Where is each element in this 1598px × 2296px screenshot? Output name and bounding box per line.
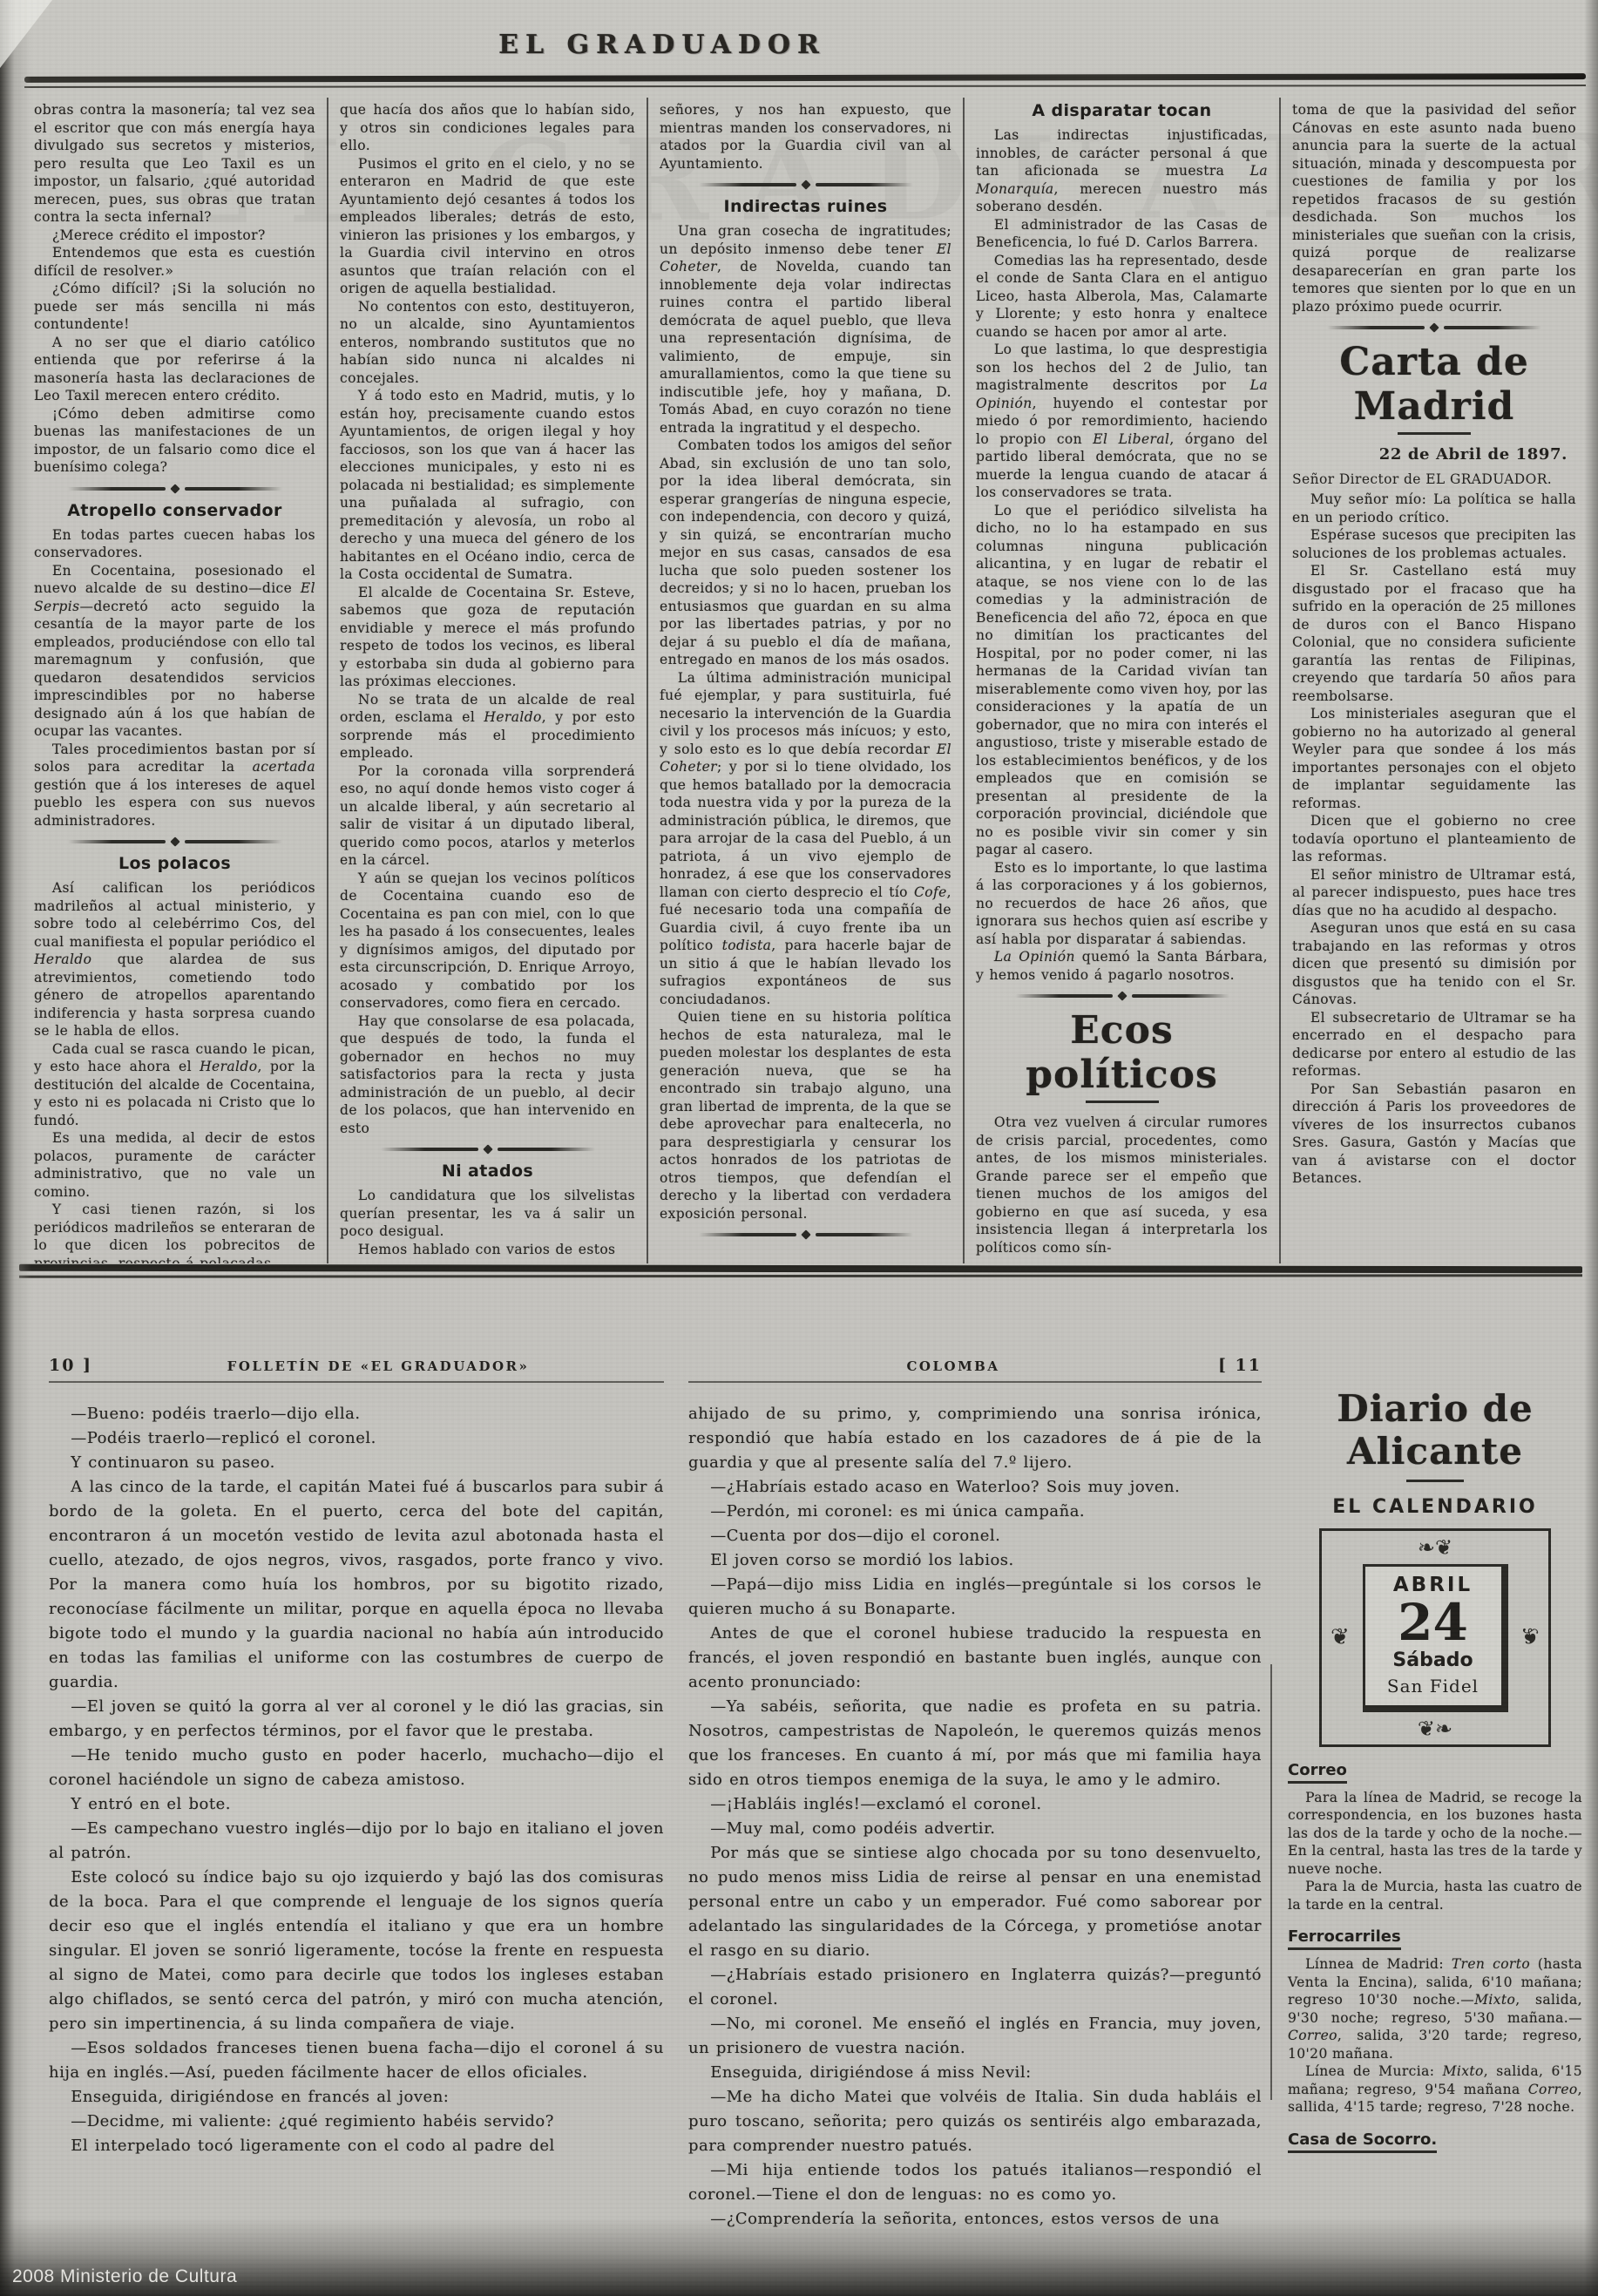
paragraph: —Ya sabéis, señorita, que nadie es profe… bbox=[688, 1695, 1262, 1792]
novel-text: ahijado de su primo, y, comprimiendo una… bbox=[688, 1402, 1262, 2231]
article-body: Una gran cosecha de ingratitudes; un dep… bbox=[660, 222, 951, 1223]
paragraph: Y casi tienen razón, si los periódicos m… bbox=[34, 1201, 315, 1263]
article-continuation: señores, y nos han expuesto, que mientra… bbox=[660, 101, 951, 173]
diario-de-alicante-column: Diario de Alicante EL CALENDARIO ❧❦ ❦ ❦ … bbox=[1281, 1387, 1589, 2154]
paragraph: Para la de Murcia, hasta las cuatro de l… bbox=[1288, 1878, 1582, 1913]
section-title: Ecos políticos bbox=[976, 1008, 1268, 1097]
article-title: A disparatar tocan bbox=[976, 101, 1268, 120]
folletin-title: FOLLETÍN DE «EL GRADUADOR» bbox=[92, 1358, 664, 1374]
title-underline-rule bbox=[1086, 1101, 1159, 1103]
paragraph: La Opinión quemó la Santa Bárbara, y hem… bbox=[976, 948, 1268, 984]
paragraph: —Muy mal, como podéis advertir. bbox=[688, 1817, 1262, 1841]
column-2: que hacía dos años que lo habían sido, y… bbox=[327, 98, 647, 1263]
column-divider-rule bbox=[1270, 1664, 1272, 2100]
paragraph: Lo que el periódico silvelista ha dicho,… bbox=[976, 502, 1268, 859]
diamond-ornament-icon bbox=[1117, 991, 1127, 1000]
article-title: Atropello conservador bbox=[34, 501, 315, 520]
paragraph: A no ser que el diario católico entienda… bbox=[34, 334, 315, 405]
paragraph: Línnea de Madrid: Tren corto (hasta Vent… bbox=[1288, 1955, 1582, 2062]
paragraph: toma de que la pasividad del señor Cánov… bbox=[1292, 101, 1576, 315]
floral-ornament-icon: ❦ bbox=[1331, 1624, 1350, 1650]
title-underline-rule bbox=[1398, 432, 1471, 435]
floral-ornament-icon: ❧❦ bbox=[1329, 1536, 1541, 1559]
section-title: Carta de Madrid bbox=[1292, 340, 1576, 429]
paragraph: ¿Cómo difícil? ¡Si la solución no puede … bbox=[34, 280, 315, 334]
paragraph: Entendemos que esta es cuestión difícil … bbox=[34, 244, 315, 280]
article-continuation: obras contra la masonería; tal vez sea e… bbox=[34, 101, 315, 477]
paragraph: Muy señor mío: La política se halla en u… bbox=[1292, 491, 1576, 526]
paragraph: Enseguida, dirigiéndose á miss Nevil: bbox=[688, 2061, 1262, 2085]
torn-corner bbox=[0, 0, 52, 68]
paragraph: —Esos soldados franceses tienen buena fa… bbox=[49, 2036, 664, 2085]
masthead-double-rule bbox=[24, 75, 1586, 87]
diamond-ornament-icon bbox=[170, 836, 179, 846]
paragraph: Lo que lastima, lo que desprestigia son … bbox=[976, 341, 1268, 502]
paragraph: ahijado de su primo, y, comprimiendo una… bbox=[688, 1402, 1262, 1475]
diamond-ornament-icon bbox=[483, 1144, 492, 1154]
paragraph: Una gran cosecha de ingratitudes; un dep… bbox=[660, 222, 951, 437]
paragraph: Para la línea de Madrid, se recoge la co… bbox=[1288, 1789, 1582, 1879]
paragraph: El joven corso se mordió los labios. bbox=[688, 1548, 1262, 1573]
paragraph: Antes de que el coronel hubiese traducid… bbox=[688, 1622, 1262, 1695]
paragraph: Este colocó su índice bajo su ojo izquie… bbox=[49, 1866, 664, 2036]
paragraph: A las cinco de la tarde, el capitán Mate… bbox=[49, 1475, 664, 1695]
archive-watermark: 2008 Ministerio de Cultura bbox=[12, 2266, 237, 2287]
paragraph: Así califican los periódicos madrileños … bbox=[34, 879, 315, 1040]
calendar-day-number: 24 bbox=[1365, 1596, 1501, 1649]
rule-thick bbox=[19, 1264, 1582, 1274]
page-number: 10 ] bbox=[49, 1356, 92, 1375]
calendar-section-title: EL CALENDARIO bbox=[1288, 1496, 1582, 1518]
paragraph: —Papá—dijo miss Lidia en inglés—pregúnta… bbox=[688, 1573, 1262, 1622]
article-title: Indirectas ruines bbox=[660, 197, 951, 216]
folletin-header: 10 ] FOLLETÍN DE «EL GRADUADOR» bbox=[49, 1356, 664, 1383]
paragraph: Por la coronada villa sorprenderá eso, n… bbox=[340, 762, 635, 870]
paragraph: Las indirectas injustificadas, innobles,… bbox=[976, 126, 1268, 216]
paragraph: obras contra la masonería; tal vez sea e… bbox=[34, 101, 315, 227]
calendar-weekday: Sábado bbox=[1365, 1649, 1501, 1671]
rule-thick bbox=[24, 73, 1586, 83]
paragraph: Quien tiene en su historia política hech… bbox=[660, 1008, 951, 1223]
article-separator-ornament bbox=[679, 1231, 932, 1238]
article-separator-ornament bbox=[995, 992, 1249, 999]
article-body: Así califican los periódicos madrileños … bbox=[34, 879, 315, 1263]
novel-text: —Bueno: podéis traerlo—dijo ella.—Podéis… bbox=[49, 1402, 664, 2158]
subsection-title: Ferrocarriles bbox=[1288, 1927, 1401, 1950]
paragraph: —¿Habríais estado prisionero en Inglater… bbox=[688, 1963, 1262, 2012]
letter-salutation: Señor Director de EL GRADUADOR. bbox=[1292, 471, 1576, 489]
section-divider-heavy-rule bbox=[19, 1265, 1582, 1277]
paragraph: Otra vez vuelven á circular rumores de c… bbox=[976, 1114, 1268, 1256]
article-separator-ornament bbox=[359, 1146, 616, 1153]
paragraph: que hacía dos años que lo habían sido, y… bbox=[340, 101, 635, 155]
paragraph: Aseguran unos que está en su casa trabaj… bbox=[1292, 919, 1576, 1009]
diamond-ornament-icon bbox=[801, 1229, 810, 1239]
article-separator-ornament bbox=[53, 485, 296, 492]
paragraph: Hemos hablado con varios de estos bbox=[340, 1241, 635, 1259]
paragraph: Por San Sebastián pasaron en dirección á… bbox=[1292, 1080, 1576, 1188]
article-body: En todas partes cuecen habas los conserv… bbox=[34, 526, 315, 830]
page-number: [ 11 bbox=[1218, 1356, 1262, 1375]
column-4: A disparatar tocan Las indirectas injust… bbox=[963, 98, 1279, 1263]
paragraph: El interpelado tocó ligeramente con el c… bbox=[49, 2134, 664, 2158]
paragraph: Cada cual se rasca cuando le pican, y es… bbox=[34, 1040, 315, 1130]
column-5: toma de que la pasividad del señor Cánov… bbox=[1279, 98, 1588, 1263]
paragraph: Hay que consolarse de esa polacada, que … bbox=[340, 1013, 635, 1138]
paragraph: —¡Habláis inglés!—exclamó el coronel. bbox=[688, 1792, 1262, 1817]
paragraph: —He tenido mucho gusto en poder hacerlo,… bbox=[49, 1744, 664, 1792]
paragraph: —No, mi coronel. Me enseñó el inglés en … bbox=[688, 2012, 1262, 2061]
newspaper-masthead-title: EL GRADUADOR bbox=[0, 30, 1324, 60]
paragraph: —Cuenta por dos—dijo el coronel. bbox=[688, 1524, 1262, 1548]
calendar-saint-of-day: San Fidel bbox=[1365, 1676, 1501, 1697]
paragraph: ¡Cómo deben admitirse como buenas las ma… bbox=[34, 405, 315, 477]
paragraph: Y entró en el bote. bbox=[49, 1792, 664, 1817]
paragraph: Combaten todos los amigos del señor Abad… bbox=[660, 437, 951, 669]
article-body: Las indirectas injustificadas, innobles,… bbox=[976, 126, 1268, 984]
paragraph: ¿Merece crédito el impostor? bbox=[34, 227, 315, 245]
paragraph: Pusimos el grito en el cielo, y no se en… bbox=[340, 155, 635, 298]
floral-ornament-icon: ❦❧ bbox=[1329, 1717, 1541, 1740]
paragraph: El Sr. Castellano está muy disgustado po… bbox=[1292, 562, 1576, 705]
subsection-body: Para la línea de Madrid, se recoge la co… bbox=[1288, 1789, 1582, 1914]
paragraph: El administrador de las Casas de Benefic… bbox=[976, 216, 1268, 252]
diamond-ornament-icon bbox=[1429, 322, 1439, 332]
paragraph: —Es campechano vuestro inglés—dijo por l… bbox=[49, 1817, 664, 1866]
paragraph: El subsecretario de Ultramar se ha encer… bbox=[1292, 1009, 1576, 1080]
column-3: señores, y nos han expuesto, que mientra… bbox=[647, 98, 963, 1263]
article-separator-ornament bbox=[1311, 324, 1557, 331]
paragraph: Dicen que el gobierno no cree todavía op… bbox=[1292, 812, 1576, 866]
paragraph: Esto es lo importante, lo que lastima á … bbox=[976, 859, 1268, 949]
paragraph: Por más que se sintiese algo chocada por… bbox=[688, 1841, 1262, 1963]
paragraph: —Podéis traerlo—replicó el coronel. bbox=[49, 1426, 664, 1451]
paragraph: Y aún se quejan los vecinos políticos de… bbox=[340, 870, 635, 1013]
paragraph: —¿Habríais estado acaso en Waterloo? Soi… bbox=[688, 1475, 1262, 1500]
novel-title: COLOMBA bbox=[688, 1358, 1218, 1374]
paragraph: En todas partes cuecen habas los conserv… bbox=[34, 526, 315, 562]
paragraph: No contentos con esto, destituyeron, no … bbox=[340, 298, 635, 388]
folletin-header: COLOMBA [ 11 bbox=[688, 1356, 1262, 1383]
paragraph: Es una medida, al decir de estos polacos… bbox=[34, 1129, 315, 1201]
paragraph: señores, y nos han expuesto, que mientra… bbox=[660, 101, 951, 173]
paragraph: Espérase sucesos que precipiten las solu… bbox=[1292, 526, 1576, 562]
column-1: obras contra la masonería; tal vez sea e… bbox=[23, 98, 327, 1263]
paragraph: —Bueno: podéis traerlo—dijo ella. bbox=[49, 1402, 664, 1426]
rule-thin bbox=[19, 1274, 1582, 1278]
calendar-box: ❧❦ ❦ ❦ ABRIL 24 Sábado San Fidel ❦❧ bbox=[1319, 1528, 1551, 1747]
page-edge-shadow bbox=[1584, 0, 1598, 2296]
paragraph: —El joven se quitó la gorra al ver al co… bbox=[49, 1695, 664, 1744]
paragraph: En Cocentaina, posesionado el nuevo alca… bbox=[34, 562, 315, 741]
scan-bottom-shadow bbox=[0, 2218, 1598, 2296]
paragraph: —Perdón, mi coronel: es mi única campaña… bbox=[688, 1500, 1262, 1524]
paragraph: —Mi hija entiende todos los patués itali… bbox=[688, 2158, 1262, 2207]
article-title: Ni atados bbox=[340, 1162, 635, 1181]
subsection-body: Línnea de Madrid: Tren corto (hasta Vent… bbox=[1288, 1955, 1582, 2117]
article-continuation: que hacía dos años que lo habían sido, y… bbox=[340, 101, 635, 1137]
rule-thin bbox=[24, 85, 1586, 88]
paragraph: No se trata de un alcalde de real orden,… bbox=[340, 691, 635, 762]
letter-dateline: 22 de Abril de 1897. bbox=[1292, 445, 1568, 464]
paragraph: Enseguida, dirigiéndose en francés al jo… bbox=[49, 2085, 664, 2110]
diamond-ornament-icon bbox=[170, 484, 179, 493]
paragraph: Comedias las ha representado, desde el c… bbox=[976, 252, 1268, 342]
diario-title: Diario de Alicante bbox=[1288, 1387, 1582, 1473]
serial-novel-section: 10 ] FOLLETÍN DE «EL GRADUADOR» —Bueno: … bbox=[49, 1356, 1262, 2231]
article-body: Muy señor mío: La política se halla en u… bbox=[1292, 491, 1576, 1188]
folletin-left-page: 10 ] FOLLETÍN DE «EL GRADUADOR» —Bueno: … bbox=[49, 1356, 664, 2231]
paragraph: Los ministeriales aseguran que el gobier… bbox=[1292, 705, 1576, 812]
top-section-columns: obras contra la masonería; tal vez sea e… bbox=[23, 98, 1588, 1263]
folletin-right-page: COLOMBA [ 11 ahijado de su primo, y, com… bbox=[688, 1356, 1262, 2231]
paragraph: Tales procedimientos bastan por sí solos… bbox=[34, 741, 315, 830]
subsection-title: Casa de Socorro. bbox=[1288, 2130, 1437, 2153]
subsection-title: Correo bbox=[1288, 1761, 1347, 1784]
article-separator-ornament bbox=[53, 838, 296, 845]
paragraph: La última administración municipal fué e… bbox=[660, 669, 951, 1009]
paragraph: Y á todo esto en Madrid, mutis, y lo est… bbox=[340, 387, 635, 584]
paragraph: Y continuaron su paseo. bbox=[49, 1451, 664, 1475]
article-title: Los polacos bbox=[34, 854, 315, 873]
article-body: Lo candidatura que los silvelistas querí… bbox=[340, 1187, 635, 1258]
paragraph: —Decidme, mi valiente: ¿qué regimiento h… bbox=[49, 2110, 664, 2134]
newspaper-page-scan: EL GRADUADOR EL GRADUADOR obras contra l… bbox=[0, 0, 1598, 2296]
floral-ornament-icon: ❦ bbox=[1520, 1624, 1540, 1650]
paragraph: Lo candidatura que los silvelistas querí… bbox=[340, 1187, 635, 1241]
article-separator-ornament bbox=[679, 181, 932, 188]
paragraph: El señor ministro de Ultramar está, al p… bbox=[1292, 866, 1576, 920]
diamond-ornament-icon bbox=[801, 179, 810, 189]
paragraph: El alcalde de Cocentaina Sr. Esteve, sab… bbox=[340, 584, 635, 691]
title-underline-rule bbox=[1406, 1480, 1464, 1482]
article-continuation: toma de que la pasividad del señor Cánov… bbox=[1292, 101, 1576, 315]
paragraph: Línea de Murcia: Mixto, salida, 6'15 mañ… bbox=[1288, 2062, 1582, 2117]
article-body: Otra vez vuelven á circular rumores de c… bbox=[976, 1114, 1268, 1256]
book-gutter-shadow bbox=[0, 0, 31, 2296]
paragraph: —Me ha dicho Matei que volvéis de Italia… bbox=[688, 2085, 1262, 2158]
calendar-day-card: ABRIL 24 Sábado San Fidel bbox=[1363, 1564, 1508, 1712]
